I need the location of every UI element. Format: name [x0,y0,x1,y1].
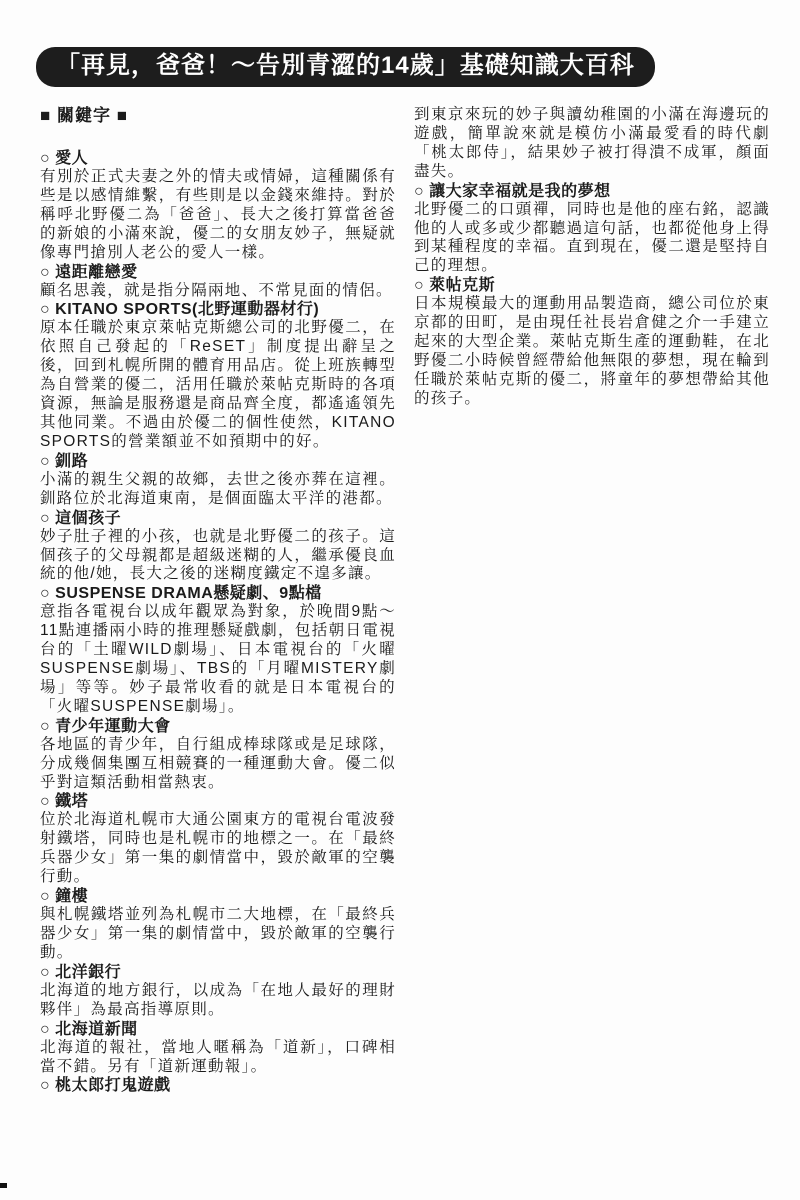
entry-definition: 北海道的報社，當地人暱稱為「道新」，口碑相當不錯。另有「道新運動報」。 [40,1039,396,1077]
entry-definition: 小滿的親生父親的故鄉，去世之後亦葬在這裡。釧路位於北海道東南，是個面臨太平洋的港… [40,471,396,509]
glossary-page: 「再見，爸爸！～告別青澀的14歲」基礎知識大百科 ■ 關鍵字 ■ ○愛人 有別於… [0,0,800,1200]
glossary-entry: ○讓大家幸福就是我的夢想 北野優二的口頭禪，同時也是他的座右銘，認識他的人或多或… [414,182,770,277]
scan-artifact-mark [0,1183,7,1188]
entry-definition: 位於北海道札幌市大通公園東方的電視台電波發射鐵塔，同時也是札幌市的地標之一。在「… [40,811,396,887]
left-column: ■ 關鍵字 ■ ○愛人 有別於正式夫妻之外的情夫或情婦，這種關係有些是以感情維繫… [40,106,396,1095]
page-title: 「再見，爸爸！～告別青澀的14歲」基礎知識大百科 [36,47,655,87]
entry-term-line: ○愛人 [40,149,396,168]
entry-term-line: ○青少年運動大會 [40,717,396,736]
entry-definition: 意指各電視台以成年觀眾為對象，於晚間9點～11點連播兩小時的推理懸疑戲劇，包括朝… [40,603,396,716]
circle-bullet-icon: ○ [40,510,50,527]
entry-term-line: ○釧路 [40,452,396,471]
circle-bullet-icon: ○ [40,301,50,318]
entry-term-line: ○鐵塔 [40,792,396,811]
entry-term: 鐘樓 [55,888,88,905]
entry-term-line: ○讓大家幸福就是我的夢想 [414,182,770,201]
glossary-entry: ○桃太郎打鬼遊戲 [40,1076,396,1095]
circle-bullet-icon: ○ [40,793,50,810]
entry-term-line: ○SUSPENSE DRAMA懸疑劇、9點檔 [40,584,396,603]
glossary-entry: ○青少年運動大會 各地區的青少年，自行組成棒球隊或是足球隊，分成幾個集團互相競賽… [40,717,396,793]
entry-term: 這個孩子 [55,510,121,527]
entry-definition: 北野優二的口頭禪，同時也是他的座右銘，認識他的人或多或少都聽過這句話，也都從他身… [414,201,770,277]
entry-term-line: ○桃太郎打鬼遊戲 [40,1076,396,1095]
circle-bullet-icon: ○ [40,964,50,981]
entry-term-line: ○萊帖克斯 [414,276,770,295]
glossary-entry: ○萊帖克斯 日本規模最大的運動用品製造商，總公司位於東京都的田町，是由現任社長岩… [414,276,770,408]
circle-bullet-icon: ○ [40,585,50,602]
entry-definition: 顧名思義，就是指分隔兩地、不常見面的情侶。 [40,282,396,301]
entry-definition: 各地區的青少年，自行組成棒球隊或是足球隊，分成幾個集團互相競賽的一種運動大會。優… [40,736,396,793]
entry-definition: 北海道的地方銀行，以成為「在地人最好的理財夥伴」為最高指導原則。 [40,982,396,1020]
glossary-entry: ○鐘樓 與札幌鐵塔並列為札幌市二大地標，在「最終兵器少女」第一集的劇情當中，毀於… [40,887,396,963]
entry-term-line: ○北洋銀行 [40,963,396,982]
entry-definition: 與札幌鐵塔並列為札幌市二大地標，在「最終兵器少女」第一集的劇情當中，毀於敵軍的空… [40,906,396,963]
glossary-entry: ○北海道新聞 北海道的報社，當地人暱稱為「道新」，口碑相當不錯。另有「道新運動報… [40,1020,396,1077]
entry-term: 青少年運動大會 [55,718,171,735]
entry-definition: 原本任職於東京萊帖克斯總公司的北野優二，在依照自己發起的「ReSET」制度提出辭… [40,319,396,451]
left-entries-list: ○愛人 有別於正式夫妻之外的情夫或情婦，這種關係有些是以感情維繫，有些則是以金錢… [40,149,396,1095]
entry-term-line: ○北海道新聞 [40,1020,396,1039]
circle-bullet-icon: ○ [40,264,50,281]
glossary-entry: ○釧路 小滿的親生父親的故鄉，去世之後亦葬在這裡。釧路位於北海道東南，是個面臨太… [40,452,396,509]
entry-term: 釧路 [55,453,88,470]
entry-definition: 日本規模最大的運動用品製造商，總公司位於東京都的田町，是由現任社長岩倉健之介一手… [414,295,770,408]
entry-term: SUSPENSE DRAMA懸疑劇、9點檔 [55,585,322,602]
entry-term: 鐵塔 [55,793,88,810]
entry-definition: 妙子肚子裡的小孩，也就是北野優二的孩子。這個孩子的父母親都是超級迷糊的人，繼承優… [40,528,396,585]
circle-bullet-icon: ○ [40,1021,50,1038]
entry-definition: 有別於正式夫妻之外的情夫或情婦，這種關係有些是以感情維繫，有些則是以金錢來維持。… [40,168,396,263]
right-entries-list: ○讓大家幸福就是我的夢想 北野優二的口頭禪，同時也是他的座右銘，認識他的人或多或… [414,182,770,409]
entry-term: 桃太郎打鬼遊戲 [55,1077,171,1094]
two-column-text-area: ■ 關鍵字 ■ ○愛人 有別於正式夫妻之外的情夫或情婦，這種關係有些是以感情維繫… [40,106,770,1095]
entry-term-line: ○這個孩子 [40,509,396,528]
glossary-entry: ○鐵塔 位於北海道札幌市大通公園東方的電視台電波發射鐵塔，同時也是札幌市的地標之… [40,792,396,887]
section-heading: ■ 關鍵字 ■ [40,106,396,125]
glossary-entry: ○遠距離戀愛 顧名思義，就是指分隔兩地、不常見面的情侶。 [40,263,396,301]
entry-term: 遠距離戀愛 [55,264,138,281]
entry-term-line: ○遠距離戀愛 [40,263,396,282]
entry-term: 愛人 [55,150,88,167]
circle-bullet-icon: ○ [414,183,424,200]
circle-bullet-icon: ○ [414,277,424,294]
glossary-entry: ○北洋銀行 北海道的地方銀行，以成為「在地人最好的理財夥伴」為最高指導原則。 [40,963,396,1020]
glossary-entry: ○KITANO SPORTS(北野運動器材行) 原本任職於東京萊帖克斯總公司的北… [40,300,396,451]
circle-bullet-icon: ○ [40,1077,50,1094]
entry-term: 萊帖克斯 [429,277,495,294]
entry-term: 北洋銀行 [55,964,121,981]
entry-term: KITANO SPORTS(北野運動器材行) [55,301,319,318]
circle-bullet-icon: ○ [40,453,50,470]
glossary-entry: ○這個孩子 妙子肚子裡的小孩，也就是北野優二的孩子。這個孩子的父母親都是超級迷糊… [40,509,396,585]
right-column: 到東京來玩的妙子與讀幼稚園的小滿在海邊玩的遊戲，簡單說來就是模仿小滿最愛看的時代… [414,106,770,409]
circle-bullet-icon: ○ [40,888,50,905]
glossary-entry: ○愛人 有別於正式夫妻之外的情夫或情婦，這種關係有些是以感情維繫，有些則是以金錢… [40,149,396,263]
entry-term-line: ○鐘樓 [40,887,396,906]
glossary-entry: ○SUSPENSE DRAMA懸疑劇、9點檔 意指各電視台以成年觀眾為對象，於晚… [40,584,396,716]
circle-bullet-icon: ○ [40,718,50,735]
entry-definition-continuation: 到東京來玩的妙子與讀幼稚園的小滿在海邊玩的遊戲，簡單說來就是模仿小滿最愛看的時代… [414,106,770,182]
entry-term: 北海道新聞 [55,1021,138,1038]
entry-term-line: ○KITANO SPORTS(北野運動器材行) [40,300,396,319]
circle-bullet-icon: ○ [40,150,50,167]
entry-term: 讓大家幸福就是我的夢想 [429,183,611,200]
